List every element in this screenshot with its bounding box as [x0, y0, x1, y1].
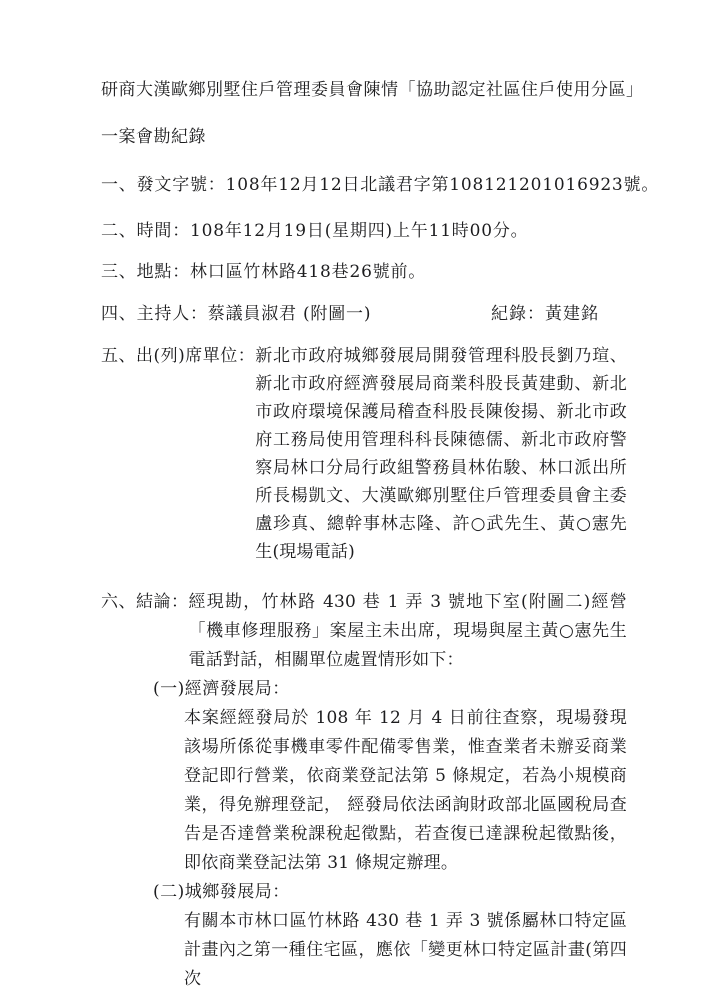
item-host-row: 四、主持人：蔡議員淑君 (附圖一) 紀錄：黃建銘 — [101, 302, 627, 326]
item-attendees: 五、出(列)席單位： 新北市政府城鄉發展局開發管理科股長劉乃瑄、新北市政府經濟發… — [101, 342, 627, 566]
item-conclusion: 六、結論： 經現勘，竹林路 430 巷 1 弄 3 號地下室(附圖二)經營「機車… — [101, 588, 627, 675]
host-text: 四、主持人：蔡議員淑君 (附圖一) — [101, 302, 371, 326]
meeting-record-document: 研商大漢歐鄉別墅住戶管理委員會陳情「協助認定社區住戶使用分區」 一案會勘紀錄 一… — [0, 0, 707, 1000]
subsection-urban-rural-development-bureau: (二)城鄉發展局： 有關本市林口區竹林路 430 巷 1 弄 3 號係屬林口特定… — [101, 878, 627, 994]
subsection-economic-development-bureau: (一)經濟發展局： 本案經經發局於 108 年 12 月 4 日前往查察，現場發… — [101, 675, 627, 878]
title-line-2: 一案會勘紀錄 — [101, 125, 627, 149]
item-document-number: 一、發文字號：108年12月12日北議君字第108121201016923號。 — [101, 173, 627, 197]
subsection-1-heading: (一)經濟發展局： — [153, 675, 627, 704]
conclusion-label: 六、結論： — [101, 588, 189, 617]
recorder-text: 紀錄：黃建銘 — [491, 302, 599, 326]
item-meeting-time: 二、時間：108年12月19日(星期四)上午11時00分。 — [101, 219, 627, 243]
title-line-1: 研商大漢歐鄉別墅住戶管理委員會陳情「協助認定社區住戶使用分區」 — [101, 78, 627, 102]
document-title: 研商大漢歐鄉別墅住戶管理委員會陳情「協助認定社區住戶使用分區」 一案會勘紀錄 — [101, 78, 627, 149]
subsection-2-heading: (二)城鄉發展局： — [153, 878, 627, 907]
item-meeting-location: 三、地點：林口區竹林路418巷26號前。 — [101, 260, 627, 284]
subsection-1-body: 本案經經發局於 108 年 12 月 4 日前往查察，現場發現該場所係從事機車零… — [184, 704, 627, 878]
subsection-2-body: 有關本市林口區竹林路 430 巷 1 弄 3 號係屬林口特定區計畫內之第一種住宅… — [184, 907, 627, 994]
attendees-body: 新北市政府城鄉發展局開發管理科股長劉乃瑄、新北市政府經濟發展局商業科股長黃建動、… — [255, 342, 627, 566]
attendees-label: 五、出(列)席單位： — [101, 342, 255, 370]
conclusion-body: 經現勘，竹林路 430 巷 1 弄 3 號地下室(附圖二)經營「機車修理服務」案… — [189, 588, 628, 675]
